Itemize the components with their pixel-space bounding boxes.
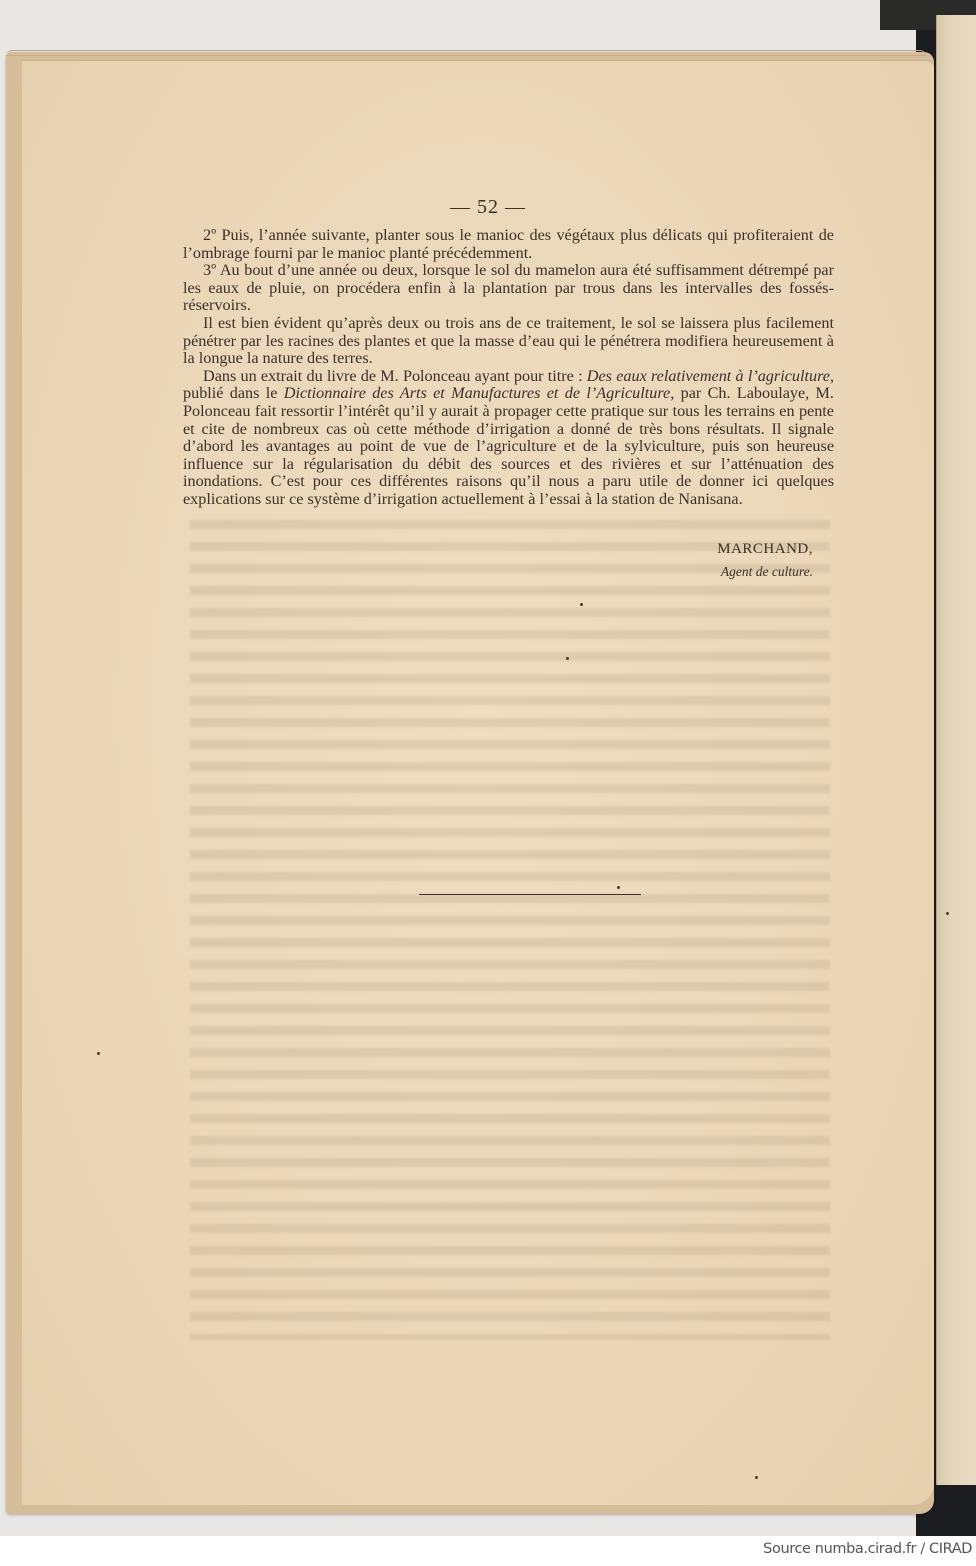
paper-speck (617, 886, 620, 889)
scanned-page-image: — 52 — 2º Puis, l’année suivante, plante… (0, 0, 976, 1536)
body-text: 2º Puis, l’année suivante, planter sous … (183, 227, 834, 509)
paragraph-2: 3º Au bout d’une année ou deux, lorsque … (183, 262, 834, 315)
paper-speck (755, 1476, 758, 1479)
page-number: — 52 — (0, 196, 976, 219)
source-credit: Source numba.cirad.fr / CIRAD (763, 1541, 972, 1557)
paper-speck (97, 1052, 100, 1055)
show-through-text (190, 520, 830, 1340)
paragraph-1: 2º Puis, l’année suivante, planter sous … (183, 227, 834, 262)
paragraph-3: Il est bien évident qu’après deux ou tro… (183, 315, 834, 368)
paragraph-4: Dans un extrait du livre de M. Polonceau… (183, 368, 834, 509)
paper-speck (580, 603, 583, 606)
author-title: Agent de culture. (600, 562, 813, 582)
dictionary-title-italic: Dictionnaire des Arts et Manufactures et… (284, 384, 675, 402)
author-name: MARCHAND, (600, 539, 813, 559)
paper-speck (566, 657, 569, 660)
page-top-edge (6, 50, 926, 56)
book-title-italic: Des eaux relativement à l’agriculture (587, 367, 830, 385)
section-divider-rule (419, 894, 641, 895)
signature-block: MARCHAND, Agent de culture. (600, 539, 813, 582)
paper-speck (946, 912, 949, 915)
facing-page-edge (936, 15, 976, 1485)
